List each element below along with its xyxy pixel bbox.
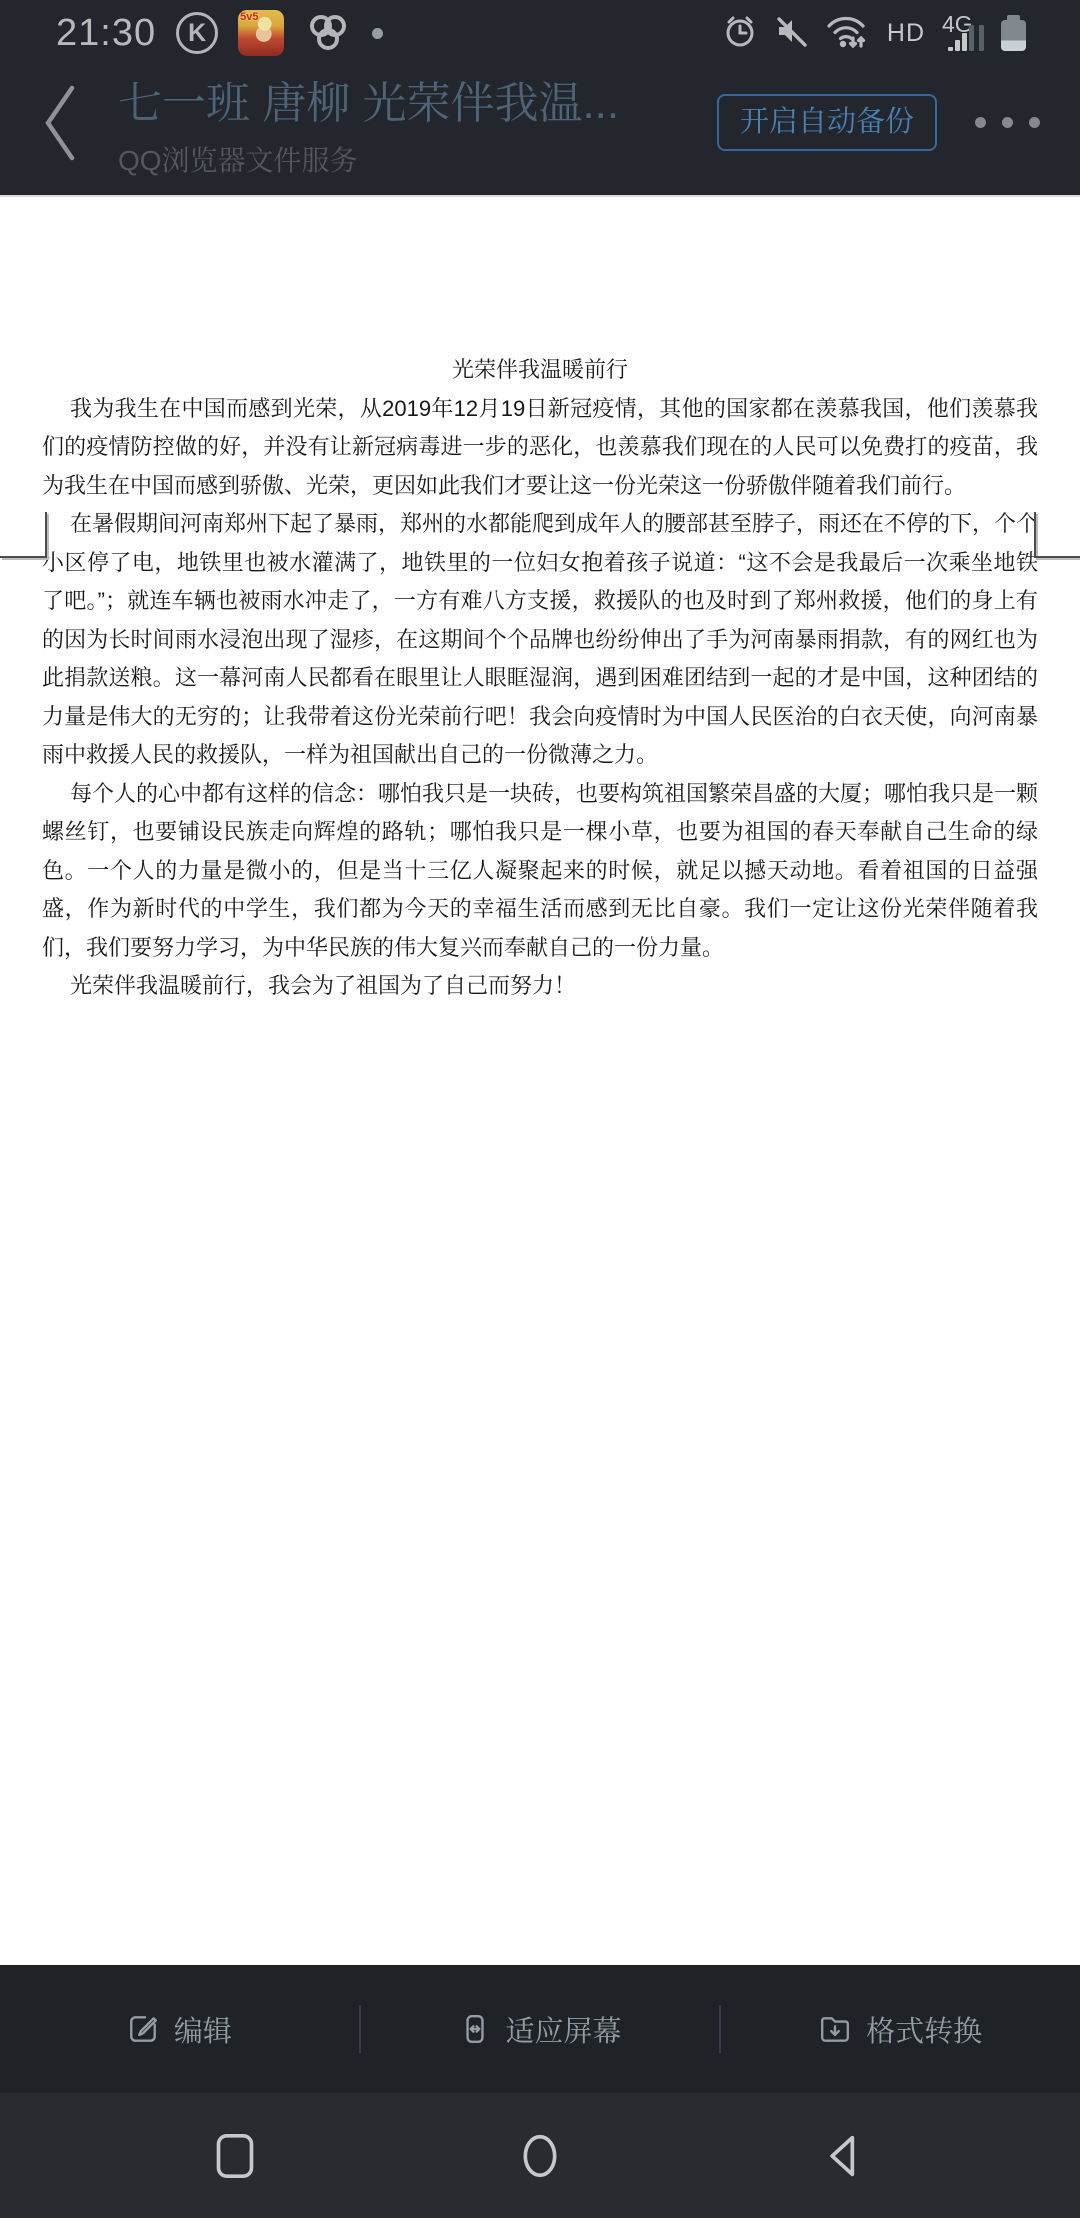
recents-button[interactable] [212, 2129, 258, 2183]
signal-bars-icon [948, 25, 984, 51]
header-titles: 七一班 唐柳 光荣伴我温... QQ浏览器文件服务 [118, 67, 717, 179]
notification-dot-icon [372, 28, 383, 39]
status-bar-right: HD 4G [722, 12, 1026, 55]
auto-backup-button[interactable]: 开启自动备份 [717, 94, 937, 151]
status-bar-left: 21:30 K 5v5 [56, 10, 383, 56]
android-nav-bar [0, 2093, 1080, 2218]
fit-screen-label: 适应屏幕 [506, 2009, 622, 2050]
document-viewer[interactable]: 光荣伴我温暖前行 我为我生在中国而感到光荣，从2019年12月19日新冠疫情，其… [0, 197, 1080, 1965]
document-title: 光荣伴我温暖前行 [42, 351, 1038, 390]
edit-icon [127, 2013, 159, 2045]
k-app-icon: K [176, 12, 218, 54]
alarm-icon [722, 12, 758, 55]
document-paragraph: 每个人的心中都有这样的信念：哪怕我只是一块砖，也要构筑祖国繁荣昌盛的大厦；哪怕我… [42, 775, 1038, 968]
document-paragraph: 我为我生在中国而感到光荣，从2019年12月19日新冠疫情，其他的国家都在羡慕我… [42, 390, 1038, 506]
bottom-toolbar: 编辑 适应屏幕 格式转换 [0, 1965, 1080, 2093]
format-convert-icon [819, 2013, 851, 2045]
document-content: 光荣伴我温暖前行 我为我生在中国而感到光荣，从2019年12月19日新冠疫情，其… [0, 197, 1080, 1006]
fit-screen-icon [459, 2013, 491, 2045]
page-corner-mark-left [45, 512, 47, 557]
clover-app-icon [304, 11, 352, 55]
format-convert-button[interactable]: 格式转换 [721, 1965, 1080, 2093]
document-paragraph: 在暑假期间河南郑州下起了暴雨，郑州的水都能爬到成年人的腰部甚至脖子，雨还在不停的… [42, 505, 1038, 775]
cellular-signal-icon: 4G [942, 13, 984, 53]
app-header: 七一班 唐柳 光荣伴我温... QQ浏览器文件服务 开启自动备份 [0, 60, 1080, 195]
home-button[interactable] [517, 2129, 563, 2183]
format-convert-label: 格式转换 [866, 2009, 982, 2050]
document-paragraph: 光荣伴我温暖前行，我会为了祖国为了自己而努力！ [42, 967, 1038, 1006]
game-app-icon: 5v5 [238, 10, 284, 56]
back-nav-button[interactable] [822, 2129, 868, 2183]
battery-icon [1001, 20, 1026, 51]
fit-screen-button[interactable]: 适应屏幕 [361, 1965, 720, 2093]
mute-icon [775, 13, 809, 54]
edit-button[interactable]: 编辑 [0, 1965, 359, 2093]
top-chrome: 21:30 K 5v5 [0, 0, 1080, 197]
file-service-subtitle: QQ浏览器文件服务 [118, 139, 717, 179]
hd-indicator: HD [887, 19, 925, 48]
game-badge-label: 5v5 [240, 11, 258, 23]
back-button[interactable] [34, 77, 86, 169]
file-title: 七一班 唐柳 光荣伴我温... [118, 67, 717, 131]
edit-label: 编辑 [174, 2009, 232, 2050]
overflow-menu-icon[interactable] [975, 107, 1040, 138]
page-corner-mark-left [0, 556, 47, 558]
page-corner-mark-right [1034, 556, 1080, 558]
wifi-icon [826, 12, 870, 55]
status-bar: 21:30 K 5v5 [0, 0, 1080, 60]
page-corner-mark-right [1034, 512, 1036, 557]
clock-text: 21:30 [56, 12, 156, 55]
phone-screen: 21:30 K 5v5 [0, 0, 1080, 2220]
